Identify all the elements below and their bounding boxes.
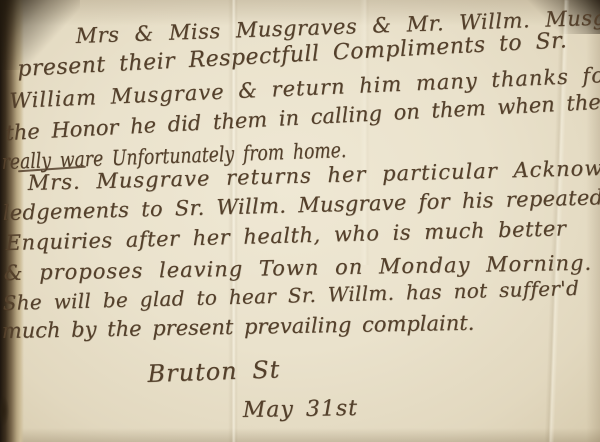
letter-place-line: Bruton St (147, 355, 281, 388)
letter-line: much by the present prevailing complaint… (2, 311, 475, 343)
letter-date-line: May 31st (243, 396, 359, 423)
bottom-shadow (0, 428, 600, 442)
letter-photograph: Mrs & Miss Musgraves & Mr. Willm. Musgra… (0, 0, 600, 442)
